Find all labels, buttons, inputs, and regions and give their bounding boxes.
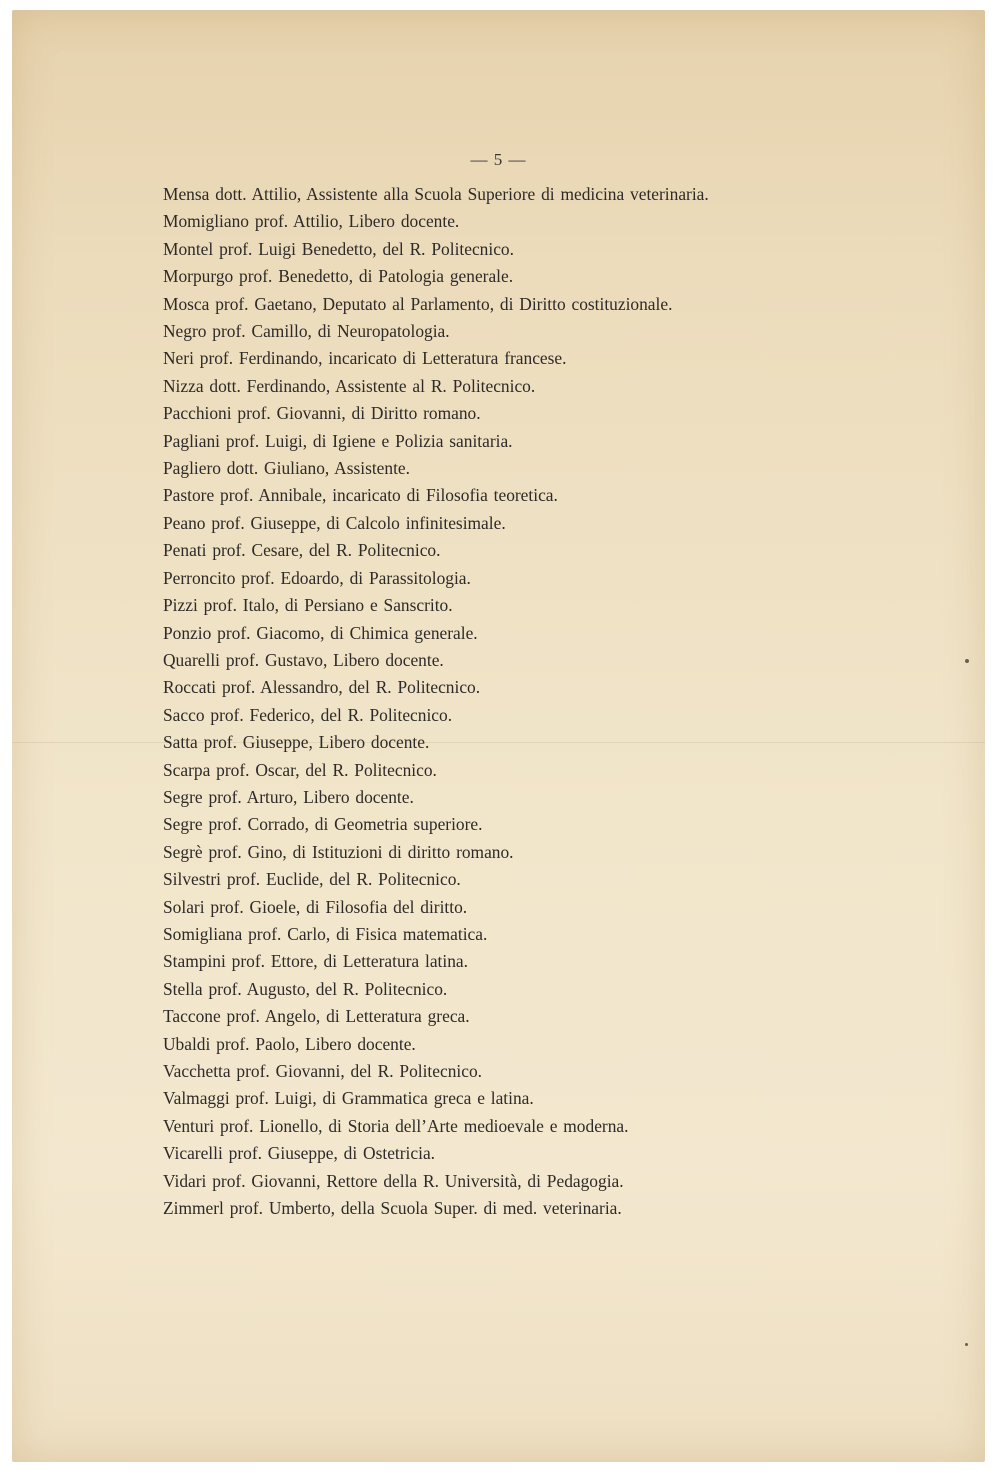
list-item: Negro prof. Camillo, di Neuropatologia. [163, 318, 803, 345]
paper-speck [965, 659, 969, 663]
list-item: Solari prof. Gioele, di Filosofia del di… [163, 894, 803, 921]
list-item: Neri prof. Ferdinando, incaricato di Let… [163, 345, 803, 372]
list-item: Sacco prof. Federico, del R. Politecnico… [163, 702, 803, 729]
list-item: Stampini prof. Ettore, di Letteratura la… [163, 948, 803, 975]
list-item: Morpurgo prof. Benedetto, di Patologia g… [163, 263, 803, 290]
list-item: Pacchioni prof. Giovanni, di Diritto rom… [163, 400, 803, 427]
list-item: Ubaldi prof. Paolo, Libero docente. [163, 1031, 803, 1058]
list-item: Pagliani prof. Luigi, di Igiene e Polizi… [163, 428, 803, 455]
list-item: Nizza dott. Ferdinando, Assistente al R.… [163, 373, 803, 400]
list-item: Roccati prof. Alessandro, del R. Politec… [163, 674, 803, 701]
list-item: Silvestri prof. Euclide, del R. Politecn… [163, 866, 803, 893]
list-item: Quarelli prof. Gustavo, Libero docente. [163, 647, 803, 674]
list-item: Pastore prof. Annibale, incaricato di Fi… [163, 482, 803, 509]
list-item: Peano prof. Giuseppe, di Calcolo infinit… [163, 510, 803, 537]
list-item: Vicarelli prof. Giuseppe, di Ostetricia. [163, 1140, 803, 1167]
list-item: Montel prof. Luigi Benedetto, del R. Pol… [163, 236, 803, 263]
list-item: Satta prof. Giuseppe, Libero docente. [163, 729, 803, 756]
list-item: Valmaggi prof. Luigi, di Grammatica grec… [163, 1085, 803, 1112]
list-item: Segrè prof. Gino, di Istituzioni di diri… [163, 839, 803, 866]
paper-speck [965, 1343, 968, 1346]
list-item: Zimmerl prof. Umberto, della Scuola Supe… [163, 1195, 803, 1222]
list-item: Penati prof. Cesare, del R. Politecnico. [163, 537, 803, 564]
list-item: Segre prof. Arturo, Libero docente. [163, 784, 803, 811]
list-item: Vidari prof. Giovanni, Rettore della R. … [163, 1168, 803, 1195]
list-item: Pizzi prof. Italo, di Persiano e Sanscri… [163, 592, 803, 619]
list-item: Pagliero dott. Giuliano, Assistente. [163, 455, 803, 482]
list-item: Vacchetta prof. Giovanni, del R. Politec… [163, 1058, 803, 1085]
page-number: — 5 — [12, 150, 985, 170]
list-item: Somigliana prof. Carlo, di Fisica matema… [163, 921, 803, 948]
paper-page: — 5 — Mensa dott. Attilio, Assistente al… [12, 10, 985, 1462]
faculty-list: Mensa dott. Attilio, Assistente alla Scu… [163, 181, 803, 1222]
list-item: Scarpa prof. Oscar, del R. Politecnico. [163, 757, 803, 784]
list-item: Mosca prof. Gaetano, Deputato al Parlame… [163, 291, 803, 318]
list-item: Taccone prof. Angelo, di Letteratura gre… [163, 1003, 803, 1030]
list-item: Stella prof. Augusto, del R. Politecnico… [163, 976, 803, 1003]
list-item: Perroncito prof. Edoardo, di Parassitolo… [163, 565, 803, 592]
list-item: Venturi prof. Lionello, di Storia dell’A… [163, 1113, 803, 1140]
list-item: Ponzio prof. Giacomo, di Chimica general… [163, 620, 803, 647]
list-item: Segre prof. Corrado, di Geometria superi… [163, 811, 803, 838]
list-item: Mensa dott. Attilio, Assistente alla Scu… [163, 181, 803, 208]
list-item: Momigliano prof. Attilio, Libero docente… [163, 208, 803, 235]
